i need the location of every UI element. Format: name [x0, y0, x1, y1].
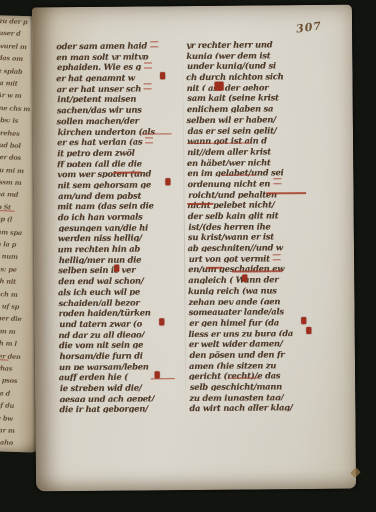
manuscript-line: roden haiden/türken: [59, 305, 185, 317]
red-strike: [187, 203, 213, 205]
fragment-text: e splab: [0, 66, 23, 75]
fragment-text: que bw: [0, 413, 13, 422]
fragment-text: wurel m: [0, 42, 27, 51]
fragment-text: ssp (l: [0, 215, 12, 224]
fragment-text: das om: [0, 54, 23, 63]
fragment-text: wam m: [0, 327, 16, 336]
rubric-mark: [155, 371, 160, 378]
fragment-text: verhas: [0, 364, 12, 373]
line-text: selben wil er haben/: [186, 114, 276, 123]
line-filler-mark: [145, 137, 153, 143]
line-text: um rechten hin ab: [58, 244, 140, 253]
manuscript-line: die vom nit sein ge: [59, 337, 185, 349]
line-text: nit sem gehorsam ge: [57, 179, 151, 189]
fragment-text: ch la p: [0, 240, 16, 249]
line-filler-mark: [273, 254, 281, 260]
red-strike: [206, 267, 222, 269]
manuscript-line: ab geschniten//und w: [188, 240, 328, 252]
line-text: die ir hat geborgen/: [59, 404, 148, 413]
manuscript-photo: zu der p user d wurel m das om e splab l…: [0, 0, 376, 512]
manuscript-line: um rechten hin ab: [58, 241, 184, 253]
line-filler-mark: [144, 84, 152, 90]
line-filler-mark: [144, 62, 152, 68]
fragment-text: ebs: is: [0, 116, 18, 125]
manuscript-line: nit sem gehorsam ge: [57, 177, 183, 189]
fragment-text: der dos: [0, 153, 21, 162]
line-filler-mark: [150, 41, 158, 47]
rubric-mark: [306, 327, 311, 334]
line-text: ordenung nicht en: [187, 178, 270, 187]
line-text: sollen machen/der: [56, 115, 138, 124]
manuscript-line: someauater lande/als: [188, 304, 328, 316]
fragment-text: la mit: [0, 79, 18, 88]
fragment-text: dssm m: [0, 178, 22, 187]
manuscript-line: do ich han vormals: [58, 209, 184, 221]
fragment-text: er num: [0, 252, 18, 261]
red-underline: [0, 210, 15, 212]
red-strike: [266, 192, 306, 194]
fragment-text: Ar w m: [0, 91, 22, 100]
manuscript-line: der selb kain glit nit: [188, 208, 328, 220]
line-text: der selb kain glit nit: [188, 210, 279, 219]
rubric-mark: [159, 318, 164, 325]
fragment-text: on uf sp: [0, 302, 19, 311]
rubric-mark: [242, 274, 247, 281]
fragment-text: ach nit: [0, 277, 16, 286]
fragment-text: lahar m: [0, 426, 15, 435]
line-text: do ich han vormals: [58, 211, 143, 220]
fragment-text: sum spa: [0, 228, 22, 237]
line-text: da wirt nach aller klag/: [189, 403, 292, 413]
manuscript-line: selben wil er haben/: [186, 112, 326, 124]
fragment-text: zu der p: [0, 17, 28, 26]
manuscript-line: ordenung nicht en: [187, 176, 327, 188]
fragment-text: ansf du: [0, 401, 14, 410]
page-number: 307: [295, 19, 322, 35]
fragment-text: p pa d: [0, 389, 10, 398]
manuscript-line: sollen machen/der: [56, 113, 182, 125]
manuscript-page: 307 oder sam amen haid en man solt yr mi…: [32, 5, 356, 492]
rubric-initial-mark: [215, 82, 224, 91]
rubric-mark: [160, 72, 165, 79]
manuscript-line: da wirt nach aller klag/: [189, 400, 329, 412]
fragment-text: am aho: [0, 438, 13, 447]
line-filler-mark: [273, 179, 281, 185]
rubric-mark: [165, 179, 170, 186]
fragment-text: das: pe: [0, 265, 17, 274]
fragment-text: uph m l: [0, 339, 17, 348]
fragment-text: ma md: [0, 190, 18, 199]
fragment-text: prehes: [0, 128, 20, 137]
red-underline: [0, 358, 8, 360]
fragment-text: rud bol: [0, 141, 21, 150]
text-column-left: oder sam amen haid en man solt yr mityp …: [56, 38, 185, 413]
text-column-right: yr rechter herr und kunig (wer dem ist u…: [186, 37, 329, 412]
rubric-mark: [301, 317, 306, 324]
rubric-mark: [114, 265, 119, 272]
fragment-text: gu mi m: [0, 166, 24, 175]
fragment-text: me chs m: [0, 104, 30, 113]
manuscript-line: die ir hat geborgen/: [59, 401, 185, 413]
ink-stain: [350, 467, 361, 478]
red-strike: [113, 172, 141, 174]
fragment-text: amer die: [0, 314, 22, 323]
fragment-text: duch m: [0, 289, 18, 298]
fragment-text: user d: [0, 29, 21, 38]
fragment-text: me psos: [0, 376, 18, 385]
